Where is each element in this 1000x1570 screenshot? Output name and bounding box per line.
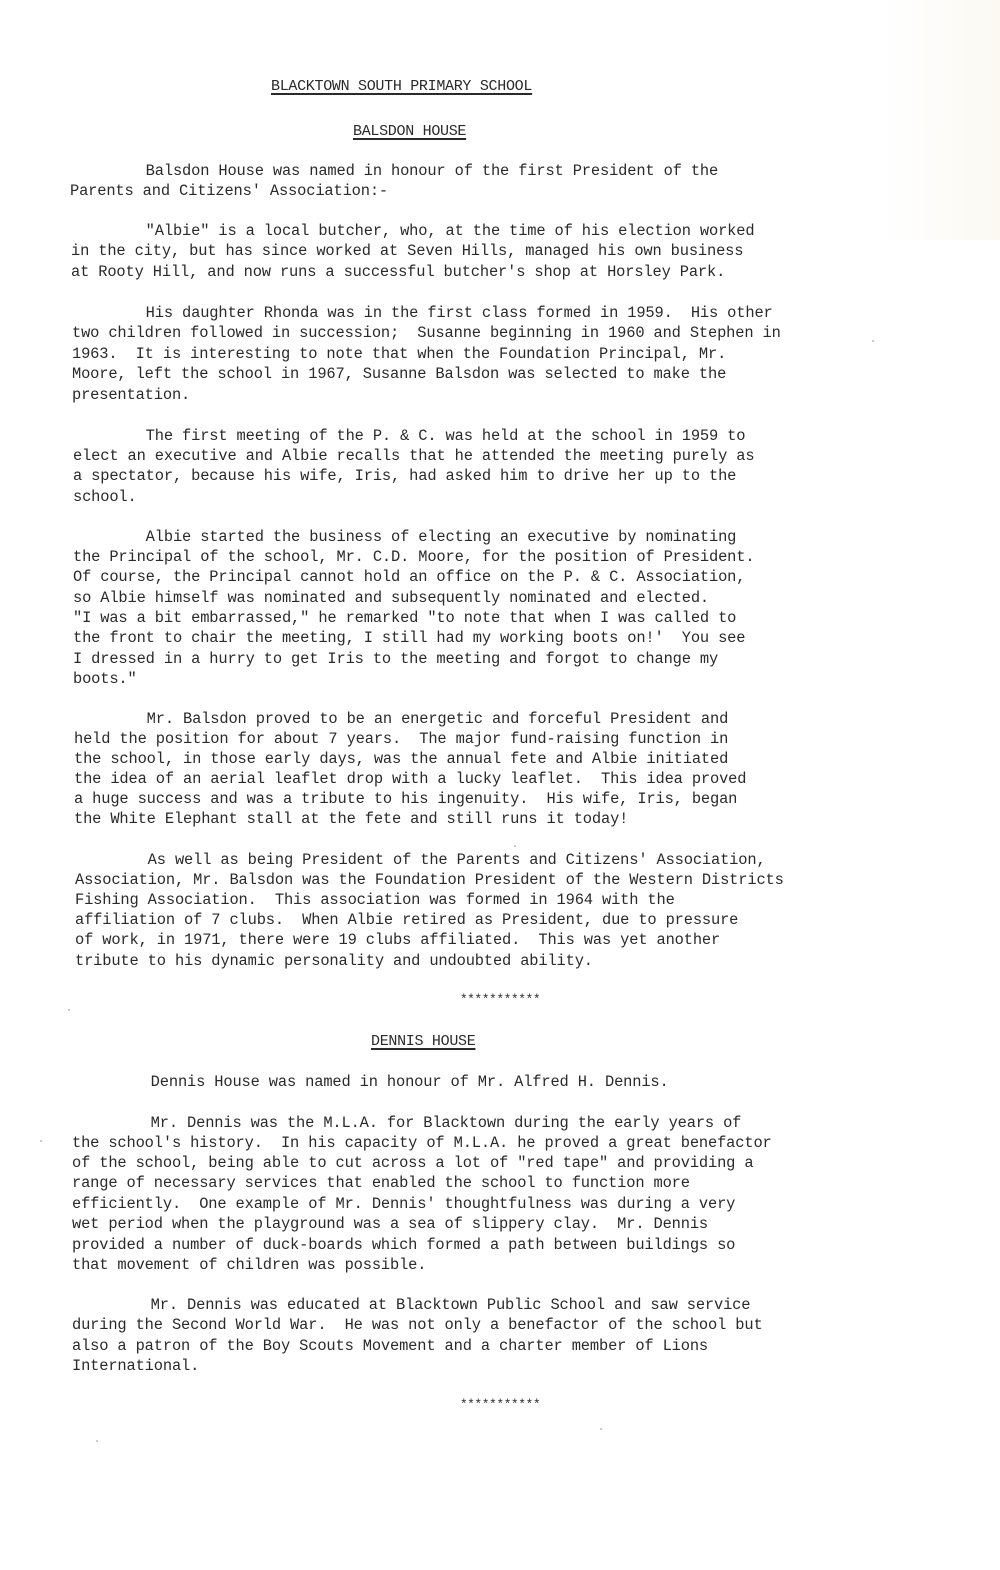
paragraph-line: Dennis House was named in honour of Mr. … [78,1072,669,1092]
paragraph-line: range of necessary services that enabled… [72,1173,690,1193]
paragraph-line: a huge success and was a tribute to his … [74,789,737,809]
paragraph-line: wet period when the playground was a sea… [72,1214,708,1234]
paragraph-line: Balsdon House was named in honour of the… [73,161,718,181]
paragraph-line: The first meeting of the P. & C. was hel… [73,426,745,446]
scan-speck [96,1440,98,1442]
scan-speck [872,340,874,342]
section-separator: *********** [251,1397,749,1413]
scan-speck [514,845,516,847]
paragraph-line: elect an executive and Albie recalls tha… [73,446,754,466]
paragraph-line: "Albie" is a local butcher, who, at the … [73,221,754,241]
paragraph-line: during the Second World War. He was not … [72,1315,763,1335]
paragraph-line: at Rooty Hill, and now runs a successful… [71,262,725,282]
paragraph-line: so Albie himself was nominated and subse… [73,588,709,608]
paragraph-line: the White Elephant stall at the fete and… [74,809,628,829]
paragraph-line: Association, Mr. Balsdon was the Foundat… [75,870,784,890]
scan-speck [600,1428,602,1430]
paragraph-line: also a patron of the Boy Scouts Movement… [72,1336,708,1356]
paragraph-line: the Principal of the school, Mr. C.D. Mo… [73,547,754,567]
section-separator: *********** [251,992,749,1008]
paragraph-line: two children followed in succession; Sus… [72,323,781,343]
paragraph-line: efficiently. One example of Mr. Dennis' … [72,1194,735,1214]
paragraph-line: Mr. Dennis was the M.L.A. for Blacktown … [78,1113,741,1133]
document-page: BLACKTOWN SOUTH PRIMARY SCHOOL BALSDON H… [0,0,1000,1570]
paragraph-line: Fishing Association. This association wa… [75,890,675,910]
paragraph-line: the school, in those early days, was the… [74,749,728,769]
paragraph-line: Albie started the business of electing a… [73,527,736,547]
paragraph-line: in the city, but has since worked at Sev… [71,241,743,261]
document-title: BLACKTOWN SOUTH PRIMARY SCHOOL [271,77,532,97]
paragraph-line: tribute to his dynamic personality and u… [75,951,593,971]
scan-speck [40,1140,42,1142]
paragraph-line: Of course, the Principal cannot hold an … [73,567,745,587]
paragraph-line: that movement of children was possible. [72,1255,426,1275]
paragraph-line: a spectator, because his wife, Iris, had… [73,466,736,486]
paragraph-line: presentation. [72,385,190,405]
paragraph-line: of the school, being able to cut across … [72,1153,753,1173]
section-heading-balsdon-house: BALSDON HOUSE [353,122,466,142]
paragraph-line: Mr. Balsdon proved to be an energetic an… [74,709,728,729]
paragraph-line: Moore, left the school in 1967, Susanne … [72,364,726,384]
paragraph-line: As well as being President of the Parent… [75,850,766,870]
paragraph-line: school. [73,487,137,507]
paragraph-line: Parents and Citizens' Association:- [70,181,388,201]
paragraph-line: held the position for about 7 years. The… [74,729,728,749]
paragraph-line: Mr. Dennis was educated at Blacktown Pub… [78,1295,750,1315]
paragraph-line: the idea of an aerial leaflet drop with … [74,769,746,789]
paragraph-line: affiliation of 7 clubs. When Albie retir… [75,910,738,930]
paragraph-line: I dressed in a hurry to get Iris to the … [73,649,718,669]
paragraph-line: the front to chair the meeting, I still … [73,628,745,648]
paragraph-line: His daughter Rhonda was in the first cla… [73,303,773,323]
section-heading-dennis-house: DENNIS HOUSE [371,1032,475,1052]
paragraph-line: of work, in 1971, there were 19 clubs af… [75,930,720,950]
paragraph-line: the school's history. In his capacity of… [72,1133,772,1153]
paragraph-line: 1963. It is interesting to note that whe… [72,344,726,364]
paragraph-line: "I was a bit embarrassed," he remarked "… [73,608,736,628]
paragraph-line: provided a number of duck-boards which f… [72,1235,735,1255]
scan-speck [68,1009,70,1011]
paragraph-line: International. [72,1356,199,1376]
paper-stain [880,0,1000,240]
paragraph-line: boots." [73,669,137,689]
